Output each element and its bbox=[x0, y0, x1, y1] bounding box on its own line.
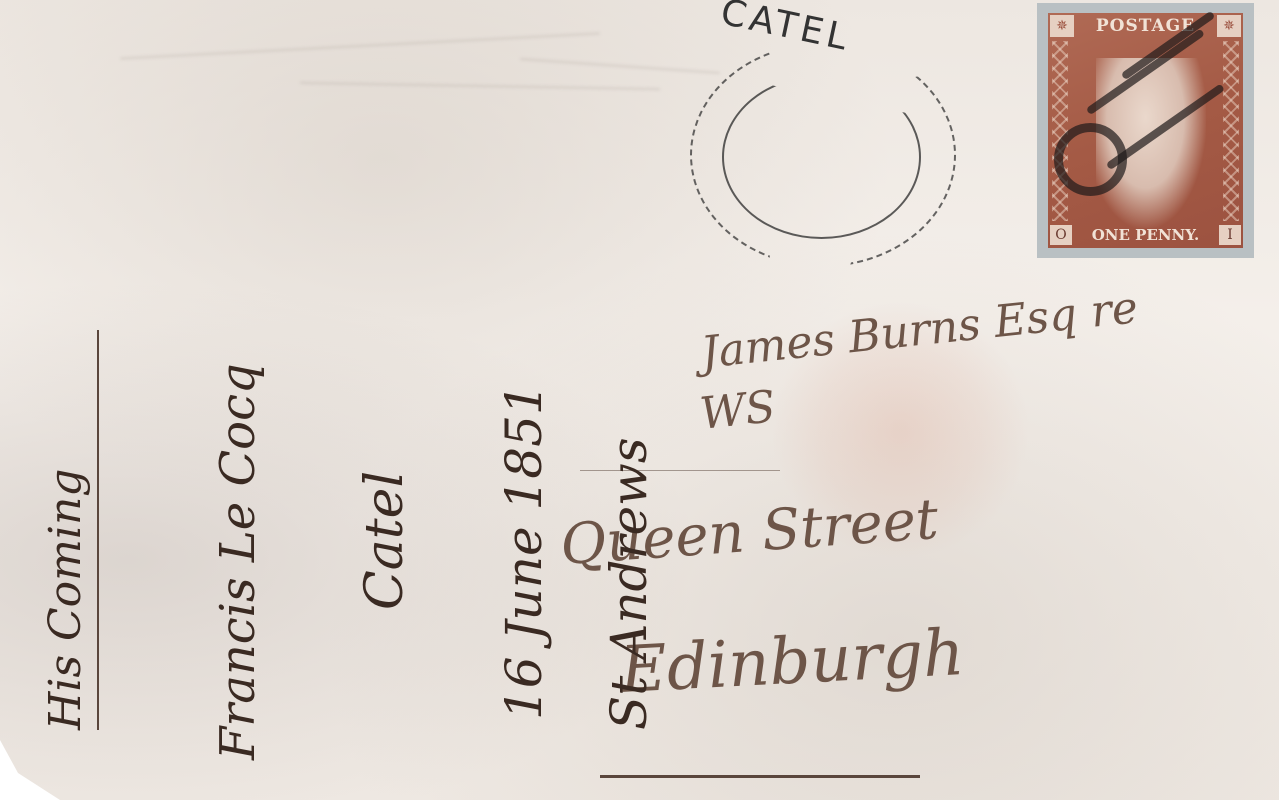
docket-note-1: His Coming bbox=[40, 469, 91, 730]
postmark-town: CATEL bbox=[717, 0, 854, 59]
postmark: CATEL bbox=[690, 35, 955, 265]
docket-note-2: Francis Le Cocq bbox=[210, 363, 266, 760]
stamp-side-pattern bbox=[1223, 41, 1239, 221]
stamp-value-label: ONE PENNY. bbox=[1092, 226, 1200, 244]
stamp-bottom-band: O ONE PENNY. I bbox=[1048, 222, 1243, 248]
address-city: Edinburgh bbox=[618, 616, 966, 708]
envelope: CATEL ✵ POSTAGE ✵ O ONE PENNY. I James B… bbox=[0, 0, 1279, 800]
paper-crease bbox=[300, 82, 660, 90]
penny-red-stamp: ✵ POSTAGE ✵ O ONE PENNY. I bbox=[1037, 3, 1254, 258]
paper-crease bbox=[120, 32, 599, 59]
torn-corner bbox=[0, 740, 60, 800]
star-ornament-icon: ✵ bbox=[1050, 15, 1074, 37]
stamp-face: ✵ POSTAGE ✵ O ONE PENNY. I bbox=[1048, 13, 1243, 248]
stamp-corner-letter-left: O bbox=[1050, 225, 1072, 245]
postmark-inner-ring bbox=[722, 75, 921, 239]
stamp-corner-letter-right: I bbox=[1219, 225, 1241, 245]
docket-note-3: Catel bbox=[355, 471, 415, 610]
docket-divider bbox=[97, 330, 99, 730]
docket-note-4: 16 June 1851 bbox=[495, 383, 553, 720]
star-ornament-icon: ✵ bbox=[1217, 15, 1241, 37]
address-line2: WS bbox=[698, 381, 778, 440]
docket-note-5: St Andrews bbox=[600, 437, 658, 730]
underline bbox=[600, 775, 920, 778]
